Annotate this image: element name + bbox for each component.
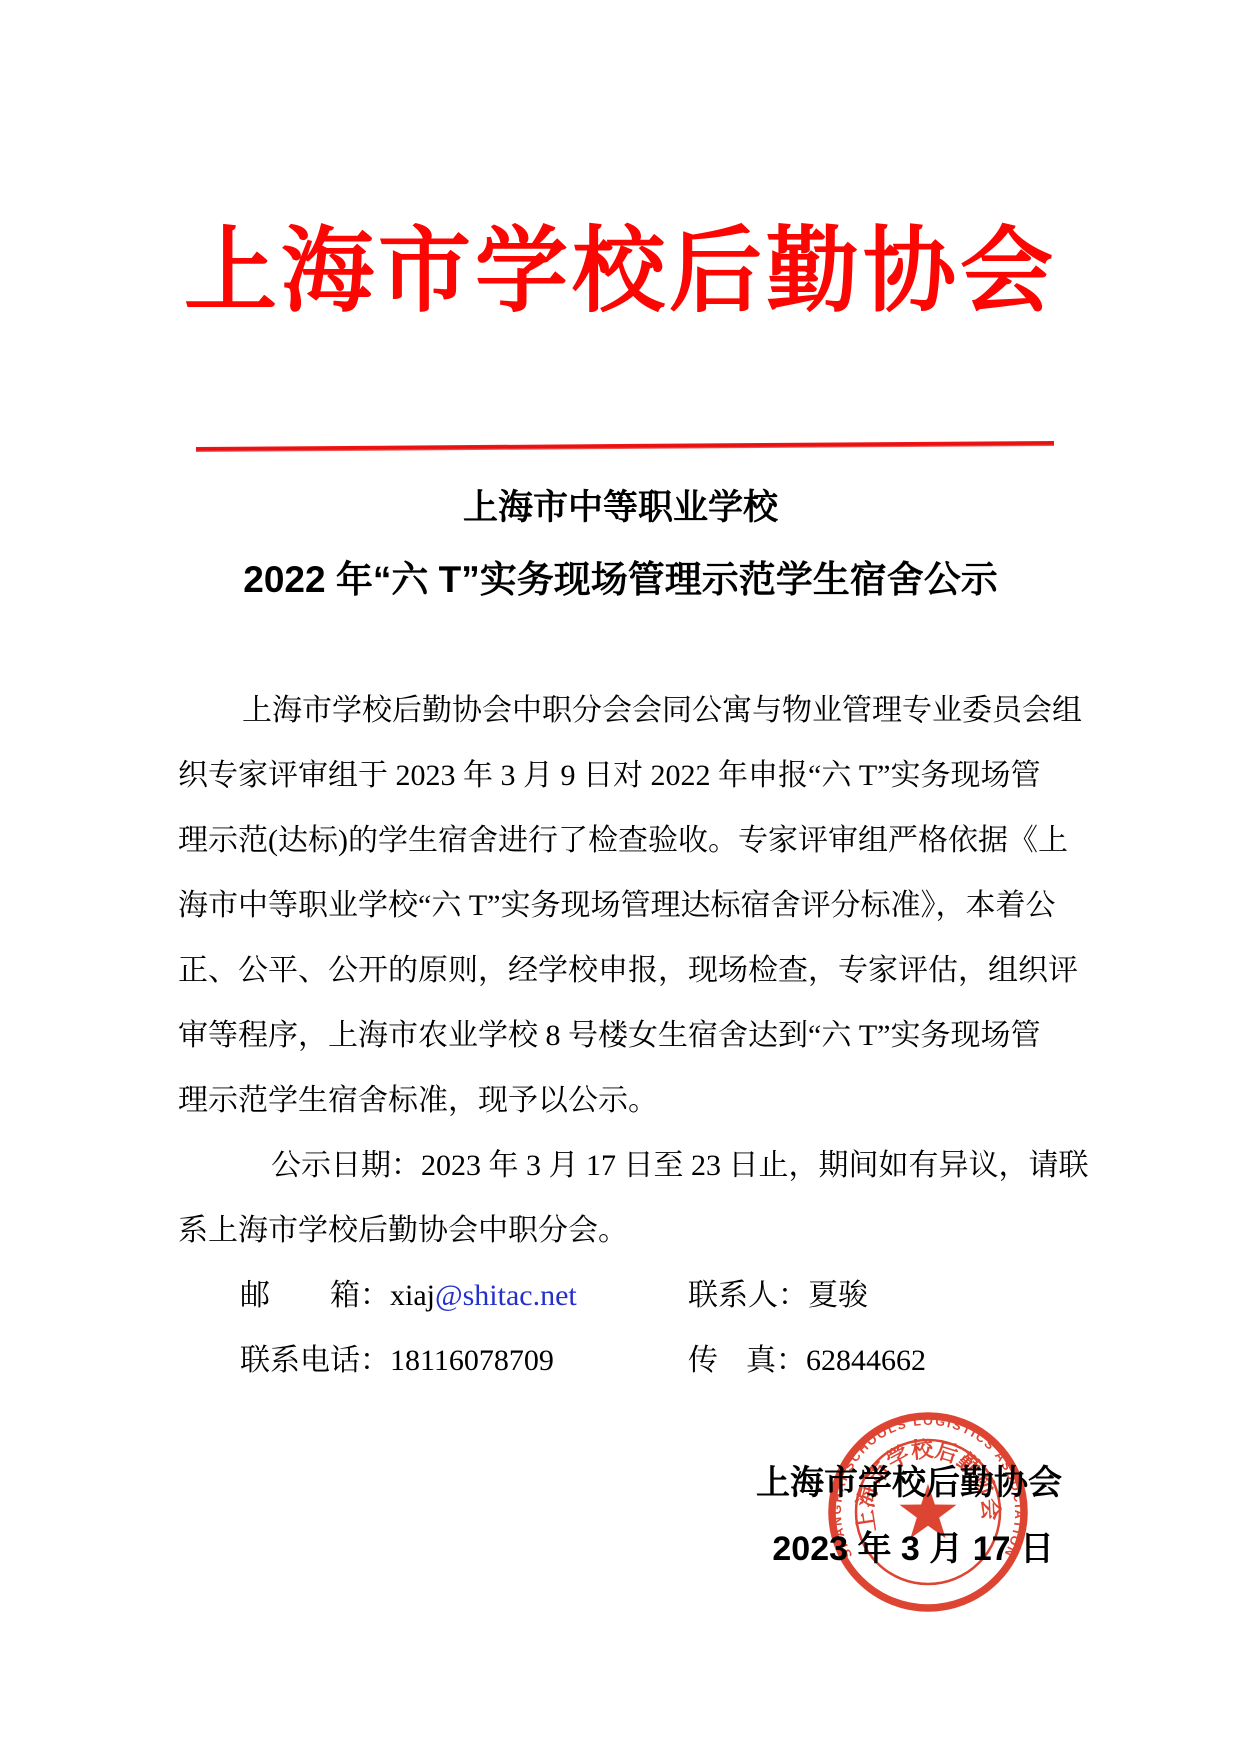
- contact-row-email: 邮箱：xiaj@shitac.net 联系人：夏骏: [178, 1263, 1083, 1328]
- email-link[interactable]: @shitac.net: [435, 1279, 577, 1312]
- document-title-line1: 上海市中等职业学校: [0, 490, 1241, 525]
- body-text-block: 上海市学校后勤协会中职分会会同公寓与物业管理专业委员会组 织专家评审组于 202…: [178, 678, 1083, 1393]
- body-line: 海市中等职业学校“六 T”实务现场管理达标宿舍评分标准》，本着公: [178, 873, 1083, 938]
- fax-field: 传真：62844662: [688, 1328, 926, 1393]
- letterhead-divider-rule: [196, 441, 1054, 452]
- email-user-part: xiaj: [390, 1279, 435, 1312]
- document-page: 上海市学校后勤协会 上海市中等职业学校 2022 年“六 T”实务现场管理示范学…: [0, 0, 1241, 1754]
- document-title-line2: 2022 年“六 T”实务现场管理示范学生宿舍公示: [0, 561, 1241, 598]
- phone-label: 联系电话：: [240, 1344, 390, 1377]
- body-line: 正、公平、公开的原则，经学校申报，现场检查，专家评估，组织评: [178, 938, 1083, 1003]
- contact-row-phone: 联系电话：18116078709 传真：62844662: [178, 1328, 1083, 1393]
- fax-number: 62844662: [806, 1344, 926, 1377]
- body-line: 上海市学校后勤协会中职分会会同公寓与物业管理专业委员会组: [178, 678, 1083, 743]
- contact-person-name: 夏骏: [808, 1279, 868, 1312]
- email-field: 邮箱：xiaj@shitac.net: [240, 1263, 577, 1328]
- phone-number: 18116078709: [390, 1344, 554, 1377]
- body-line: 审等程序，上海市农业学校 8 号楼女生宿舍达到“六 T”实务现场管: [178, 1003, 1083, 1068]
- letterhead-title: 上海市学校后勤协会: [0, 226, 1241, 319]
- body-line: 理示范学生宿舍标准，现予以公示。: [178, 1068, 1083, 1133]
- signature-organization: 上海市学校后勤协会: [756, 1466, 1062, 1500]
- body-line: 织专家评审组于 2023 年 3 月 9 日对 2022 年申报“六 T”实务现…: [178, 743, 1083, 808]
- contact-person-field: 联系人：夏骏: [688, 1263, 868, 1328]
- contact-person-label: 联系人：: [688, 1279, 808, 1312]
- email-label-suffix: 箱：: [330, 1279, 390, 1312]
- fax-label-suffix: 真：: [746, 1344, 806, 1377]
- signature-date: 2023 年 3 月 17 日: [772, 1532, 1054, 1566]
- body-line: 系上海市学校后勤协会中职分会。: [178, 1198, 1083, 1263]
- fax-label: 传: [688, 1344, 718, 1377]
- body-line: 理示范(达标)的学生宿舍进行了检查验收。专家评审组严格依据《上: [178, 808, 1083, 873]
- phone-field: 联系电话：18116078709: [240, 1328, 554, 1393]
- official-seal-stamp: SHANGHAI SCHOOLS LOGISTICS ASSOCIATION 上…: [818, 1402, 1038, 1622]
- email-label: 邮: [240, 1279, 270, 1312]
- body-line: 公示日期：2023 年 3 月 17 日至 23 日止，期间如有异议，请联: [178, 1133, 1083, 1198]
